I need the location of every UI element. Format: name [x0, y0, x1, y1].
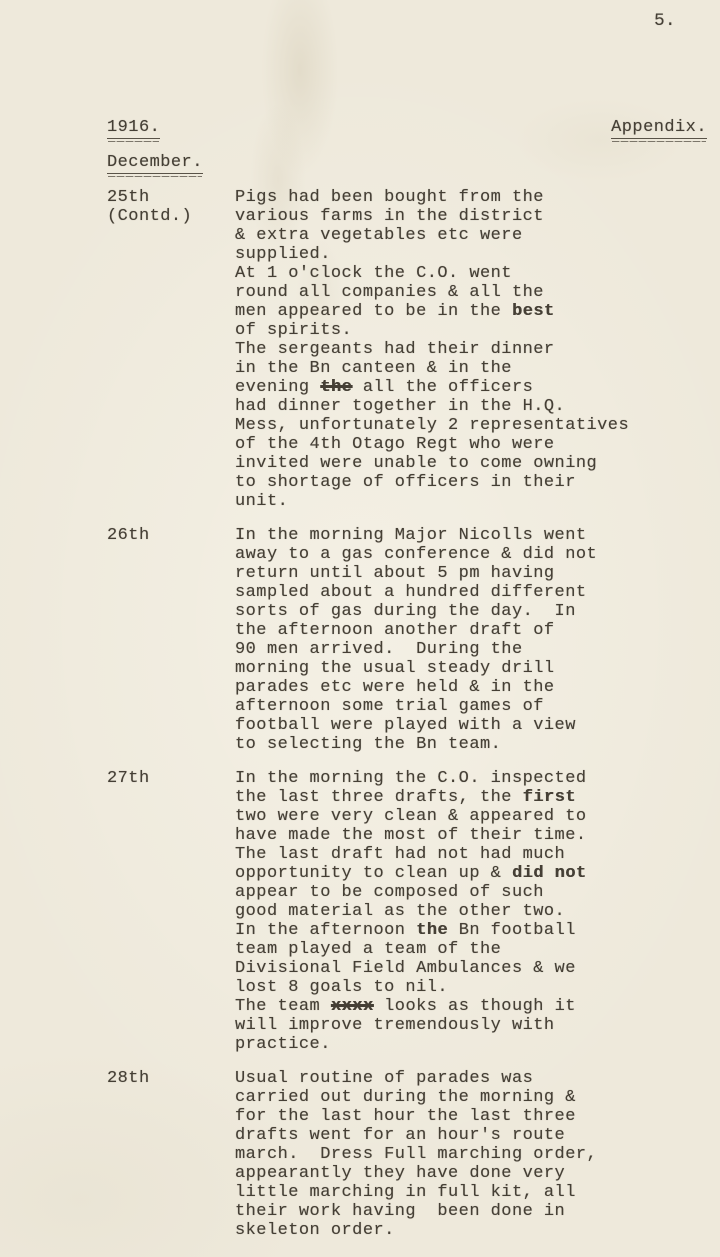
entry-line: appearantly they have done very — [235, 1164, 720, 1183]
entry-line: return until about 5 pm having — [235, 564, 720, 583]
text-segment: lost 8 goals to nil. — [235, 978, 448, 997]
month-heading: December. — [107, 153, 203, 174]
text-segment: 90 men arrived. During the — [235, 640, 523, 659]
entry-body: In the morning the C.O. inspectedthe las… — [235, 769, 720, 1054]
year-heading: 1916. — [107, 118, 160, 139]
text-segment: At 1 o'clock the C.O. went — [235, 264, 512, 283]
entry-line: lost 8 goals to nil. — [235, 978, 720, 997]
text-segment: return until about 5 pm having — [235, 564, 555, 583]
entry-body: Pigs had been bought from thevarious far… — [235, 188, 720, 511]
text-segment: all the officers — [352, 378, 533, 397]
text-segment: will improve tremendously with — [235, 1016, 555, 1035]
entry-line: sampled about a hundred different — [235, 583, 720, 602]
text-segment: little marching in full kit, all — [235, 1183, 576, 1202]
entry-line: The last draft had not had much — [235, 845, 720, 864]
entry-line: At 1 o'clock the C.O. went — [235, 264, 720, 283]
text-segment: two were very clean & appeared to — [235, 807, 587, 826]
entry-line: morning the usual steady drill — [235, 659, 720, 678]
struck-out-text: the — [320, 378, 352, 397]
diary-entry: 28thUsual routine of parades wascarried … — [107, 1069, 720, 1240]
text-segment: & extra vegetables etc were — [235, 226, 523, 245]
text-segment: opportunity to clean up & — [235, 864, 512, 883]
entry-line: good material as the other two. — [235, 902, 720, 921]
text-segment: first — [523, 788, 576, 807]
text-segment: The team — [235, 997, 331, 1016]
diary-entries: 25th(Contd.)Pigs had been bought from th… — [0, 188, 720, 1240]
entry-date-line: (Contd.) — [107, 207, 235, 226]
text-segment: the afternoon another draft of — [235, 621, 555, 640]
entry-line: in the Bn canteen & in the — [235, 359, 720, 378]
text-segment: Usual routine of parades was — [235, 1069, 533, 1088]
text-segment: In the morning Major Nicolls went — [235, 526, 587, 545]
text-segment: evening — [235, 378, 320, 397]
entry-date: 28th — [107, 1069, 235, 1240]
entry-line: Pigs had been bought from the — [235, 188, 720, 207]
entry-line: men appeared to be in the best — [235, 302, 720, 321]
text-segment: away to a gas conference & did not — [235, 545, 597, 564]
text-segment: morning the usual steady drill — [235, 659, 555, 678]
text-segment: various farms in the district — [235, 207, 544, 226]
text-segment: best — [512, 302, 555, 321]
entry-line: had dinner together in the H.Q. — [235, 397, 720, 416]
entry-line: round all companies & all the — [235, 283, 720, 302]
entry-date: 26th — [107, 526, 235, 754]
text-segment: round all companies & all the — [235, 283, 544, 302]
text-segment: appearantly they have done very — [235, 1164, 565, 1183]
entry-date-line: 27th — [107, 769, 235, 788]
entry-body: In the morning Major Nicolls wentaway to… — [235, 526, 720, 754]
text-segment: of the 4th Otago Regt who were — [235, 435, 555, 454]
entry-line: various farms in the district — [235, 207, 720, 226]
entry-line: afternoon some trial games of — [235, 697, 720, 716]
entry-line: practice. — [235, 1035, 720, 1054]
entry-line: will improve tremendously with — [235, 1016, 720, 1035]
text-segment: looks as though it — [373, 997, 575, 1016]
entry-line: skeleton order. — [235, 1221, 720, 1240]
text-segment: Pigs had been bought from the — [235, 188, 544, 207]
entry-date: 25th(Contd.) — [107, 188, 235, 511]
text-segment: The last draft had not had much — [235, 845, 565, 864]
text-segment: The sergeants had their dinner — [235, 340, 555, 359]
text-segment: did not — [512, 864, 587, 883]
entry-line: In the morning the C.O. inspected — [235, 769, 720, 788]
entry-line: evening the all the officers — [235, 378, 720, 397]
entry-line: carried out during the morning & — [235, 1088, 720, 1107]
text-segment: sorts of gas during the day. In — [235, 602, 576, 621]
entry-date-line: 25th — [107, 188, 235, 207]
text-segment: afternoon some trial games of — [235, 697, 544, 716]
text-segment: men appeared to be in the — [235, 302, 512, 321]
entry-line: have made the most of their time. — [235, 826, 720, 845]
entry-line: football were played with a view — [235, 716, 720, 735]
entry-line: In the morning Major Nicolls went — [235, 526, 720, 545]
entry-line: The sergeants had their dinner — [235, 340, 720, 359]
month-row: December. — [107, 153, 720, 174]
text-segment: the — [416, 921, 448, 940]
entry-date: 27th — [107, 769, 235, 1054]
entry-line: 90 men arrived. During the — [235, 640, 720, 659]
text-segment: in the Bn canteen & in the — [235, 359, 512, 378]
entry-line: two were very clean & appeared to — [235, 807, 720, 826]
entry-line: & extra vegetables etc were — [235, 226, 720, 245]
text-segment: unit. — [235, 492, 288, 511]
document-page: 5. 1916. Appendix. December. 25th(Contd.… — [0, 0, 720, 1257]
entry-line: of spirits. — [235, 321, 720, 340]
text-segment: to shortage of officers in their — [235, 473, 576, 492]
entry-line: the last three drafts, the first — [235, 788, 720, 807]
entry-line: to shortage of officers in their — [235, 473, 720, 492]
entry-line: appear to be composed of such — [235, 883, 720, 902]
entry-line: to selecting the Bn team. — [235, 735, 720, 754]
appendix-heading: Appendix. — [611, 118, 707, 139]
text-segment: In the afternoon — [235, 921, 416, 940]
entry-line: Mess, unfortunately 2 representatives — [235, 416, 720, 435]
entry-line: unit. — [235, 492, 720, 511]
text-segment: Mess, unfortunately 2 representatives — [235, 416, 629, 435]
text-segment: In the morning the C.O. inspected — [235, 769, 587, 788]
entry-line: invited were unable to come owning — [235, 454, 720, 473]
entry-line: Usual routine of parades was — [235, 1069, 720, 1088]
text-segment: supplied. — [235, 245, 331, 264]
text-segment: skeleton order. — [235, 1221, 395, 1240]
entry-line: their work having been done in — [235, 1202, 720, 1221]
text-segment: carried out during the morning & — [235, 1088, 576, 1107]
text-segment: invited were unable to come owning — [235, 454, 597, 473]
text-segment: for the last hour the last three — [235, 1107, 576, 1126]
entry-date-line: 26th — [107, 526, 235, 545]
entry-line: team played a team of the — [235, 940, 720, 959]
text-segment: had dinner together in the H.Q. — [235, 397, 565, 416]
diary-entry: 27thIn the morning the C.O. inspectedthe… — [107, 769, 720, 1054]
entry-line: supplied. — [235, 245, 720, 264]
text-segment: appear to be composed of such — [235, 883, 544, 902]
text-segment: the last three drafts, the — [235, 788, 523, 807]
entry-line: opportunity to clean up & did not — [235, 864, 720, 883]
entry-line: Divisional Field Ambulances & we — [235, 959, 720, 978]
entry-line: of the 4th Otago Regt who were — [235, 435, 720, 454]
text-segment: practice. — [235, 1035, 331, 1054]
text-segment: team played a team of the — [235, 940, 501, 959]
struck-out-text: xxxx — [331, 997, 374, 1016]
text-segment: to selecting the Bn team. — [235, 735, 501, 754]
entry-line: The team xxxx looks as though it — [235, 997, 720, 1016]
page-number: 5. — [654, 12, 676, 31]
text-segment: sampled about a hundred different — [235, 583, 587, 602]
entry-line: sorts of gas during the day. In — [235, 602, 720, 621]
text-segment: have made the most of their time. — [235, 826, 587, 845]
diary-entry: 26thIn the morning Major Nicolls wentawa… — [107, 526, 720, 754]
text-segment: drafts went for an hour's route — [235, 1126, 565, 1145]
text-segment: parades etc were held & in the — [235, 678, 555, 697]
entry-line: drafts went for an hour's route — [235, 1126, 720, 1145]
entry-line: little marching in full kit, all — [235, 1183, 720, 1202]
entry-line: march. Dress Full marching order, — [235, 1145, 720, 1164]
entry-line: away to a gas conference & did not — [235, 545, 720, 564]
text-segment: Bn football — [448, 921, 576, 940]
entry-line: parades etc were held & in the — [235, 678, 720, 697]
text-segment: football were played with a view — [235, 716, 576, 735]
text-segment: march. Dress Full marching order, — [235, 1145, 597, 1164]
diary-entry: 25th(Contd.)Pigs had been bought from th… — [107, 188, 720, 511]
text-segment: their work having been done in — [235, 1202, 565, 1221]
text-segment: of spirits. — [235, 321, 352, 340]
headings-row: 1916. Appendix. — [107, 0, 707, 139]
entry-line: the afternoon another draft of — [235, 621, 720, 640]
text-segment: Divisional Field Ambulances & we — [235, 959, 576, 978]
entry-body: Usual routine of parades wascarried out … — [235, 1069, 720, 1240]
entry-date-line: 28th — [107, 1069, 235, 1088]
text-segment: good material as the other two. — [235, 902, 565, 921]
entry-line: for the last hour the last three — [235, 1107, 720, 1126]
entry-line: In the afternoon the Bn football — [235, 921, 720, 940]
